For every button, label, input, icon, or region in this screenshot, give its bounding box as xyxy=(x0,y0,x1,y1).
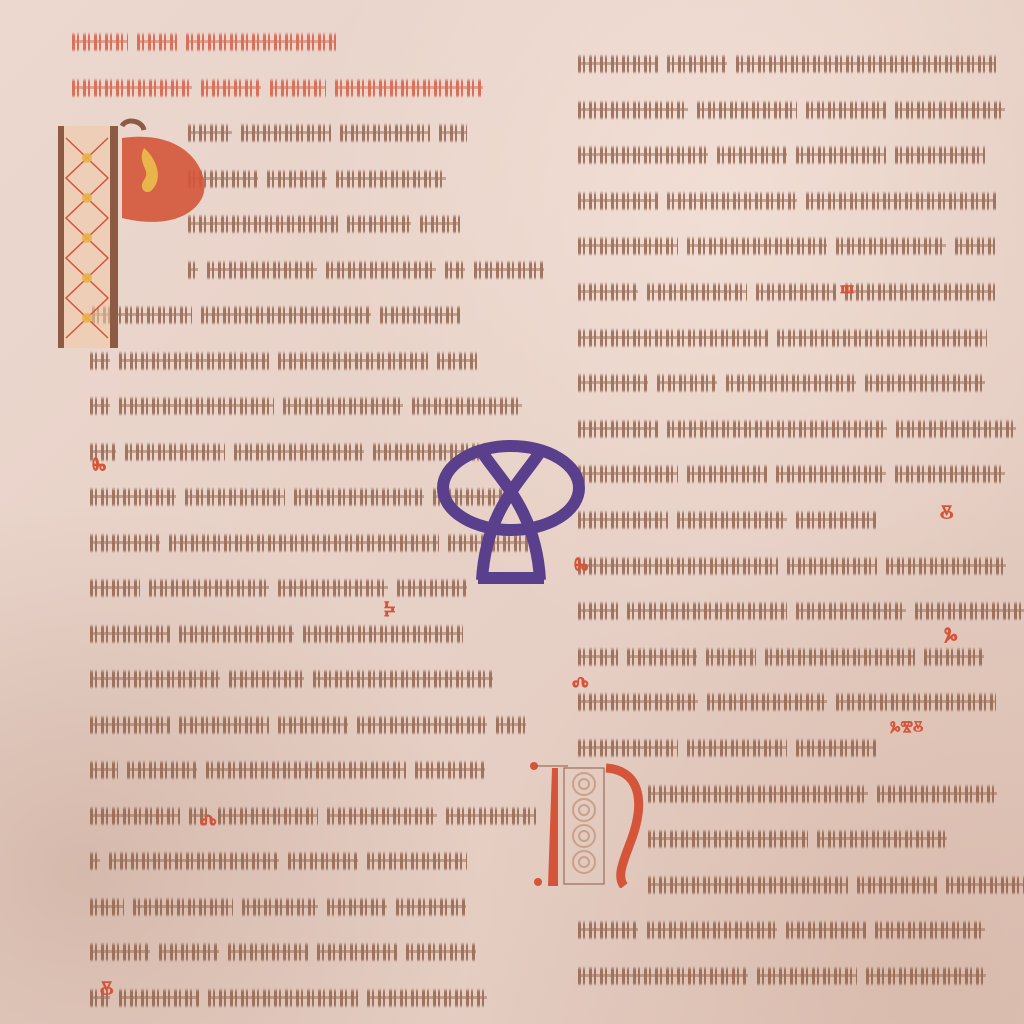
script-word xyxy=(234,442,364,462)
script-word xyxy=(578,328,768,348)
script-word xyxy=(72,32,128,52)
script-word xyxy=(496,715,526,735)
script-word xyxy=(137,32,177,52)
script-line xyxy=(578,554,1006,576)
script-line xyxy=(90,576,467,598)
script-word xyxy=(90,624,170,644)
script-word xyxy=(90,851,100,871)
script-word xyxy=(278,715,348,735)
script-line xyxy=(578,599,1024,621)
script-word xyxy=(415,760,485,780)
script-word xyxy=(886,556,1006,576)
script-line xyxy=(188,121,467,143)
script-word xyxy=(109,851,279,871)
script-word xyxy=(895,145,985,165)
script-word xyxy=(946,875,1024,895)
script-line xyxy=(648,827,947,849)
script-line xyxy=(578,508,876,530)
script-word xyxy=(367,851,467,871)
script-word xyxy=(474,260,544,280)
script-word xyxy=(119,988,199,1008)
script-word xyxy=(627,601,787,621)
script-word xyxy=(578,601,618,621)
script-word xyxy=(347,214,411,234)
script-word xyxy=(218,806,318,826)
script-word xyxy=(335,78,483,98)
script-word xyxy=(412,396,522,416)
script-word xyxy=(915,601,1024,621)
script-word xyxy=(578,647,618,667)
script-word xyxy=(895,100,1005,120)
script-word xyxy=(578,738,678,758)
script-word xyxy=(445,260,465,280)
script-word xyxy=(667,419,887,439)
script-word xyxy=(201,305,371,325)
script-word xyxy=(627,647,697,667)
script-word xyxy=(72,78,192,98)
script-word xyxy=(836,236,946,256)
script-line xyxy=(90,394,522,416)
script-word xyxy=(578,100,688,120)
script-word xyxy=(90,806,180,826)
script-word xyxy=(278,351,428,371)
script-word xyxy=(796,601,906,621)
script-word xyxy=(327,806,437,826)
script-word xyxy=(208,988,358,1008)
script-word xyxy=(777,328,987,348)
script-word xyxy=(327,897,387,917)
script-word xyxy=(90,715,170,735)
decorated-initial-n xyxy=(528,758,656,888)
script-line xyxy=(90,804,536,826)
script-word xyxy=(667,54,727,74)
script-word xyxy=(206,760,406,780)
script-word xyxy=(90,533,160,553)
script-word xyxy=(169,533,439,553)
script-line xyxy=(648,782,997,804)
script-word xyxy=(336,169,446,189)
script-word xyxy=(186,32,336,52)
script-word xyxy=(90,351,110,371)
script-line xyxy=(90,849,467,871)
glagolitic-logo-icon xyxy=(436,440,586,586)
script-word xyxy=(149,578,269,598)
script-word xyxy=(578,692,698,712)
rubric-mark: ⰽ xyxy=(384,596,395,627)
script-word xyxy=(340,123,430,143)
script-word xyxy=(90,942,150,962)
script-word xyxy=(127,760,197,780)
script-word xyxy=(578,236,678,256)
script-line xyxy=(90,349,477,371)
script-word xyxy=(396,897,466,917)
script-word xyxy=(119,351,269,371)
script-word xyxy=(90,897,124,917)
script-word xyxy=(578,464,678,484)
script-word xyxy=(787,556,877,576)
script-word xyxy=(776,464,886,484)
script-word xyxy=(657,373,717,393)
script-word xyxy=(406,942,476,962)
script-word xyxy=(241,123,331,143)
script-word xyxy=(578,920,638,940)
script-word xyxy=(687,738,787,758)
script-word xyxy=(133,897,233,917)
script-word xyxy=(283,396,403,416)
script-line xyxy=(578,189,996,211)
script-word xyxy=(90,487,176,507)
script-word xyxy=(288,851,358,871)
script-word xyxy=(439,123,467,143)
script-word xyxy=(806,191,996,211)
rubric-mark: ⰳ xyxy=(944,622,958,653)
script-word xyxy=(179,624,294,644)
script-line xyxy=(90,986,487,1008)
script-word xyxy=(201,78,261,98)
script-line xyxy=(578,918,985,940)
script-word xyxy=(648,784,868,804)
script-line xyxy=(578,371,985,393)
script-word xyxy=(677,510,787,530)
script-word xyxy=(866,966,986,986)
script-word xyxy=(207,260,317,280)
script-word xyxy=(119,396,274,416)
script-line xyxy=(90,940,476,962)
script-word xyxy=(229,669,304,689)
script-line xyxy=(578,964,986,986)
script-word xyxy=(796,738,876,758)
script-word xyxy=(578,373,648,393)
rubric-mark: ⰳⰺⰻ xyxy=(890,716,923,740)
script-word xyxy=(294,487,424,507)
script-line xyxy=(90,667,493,689)
script-line xyxy=(72,76,483,98)
script-word xyxy=(706,647,756,667)
script-word xyxy=(242,897,318,917)
script-word xyxy=(578,191,658,211)
script-word xyxy=(845,282,995,302)
manuscript-page: ⰸ ⰽ ⰴ ⰻ ⱎ ⰻ ⰸ ⰳ ⰴ ⰳⰺⰻ xyxy=(0,0,1024,1024)
script-word xyxy=(326,260,436,280)
illuminated-initial-p xyxy=(52,118,212,348)
script-word xyxy=(687,464,767,484)
script-word xyxy=(648,829,808,849)
script-word xyxy=(697,100,797,120)
script-line xyxy=(72,30,336,52)
script-word xyxy=(726,373,856,393)
script-word xyxy=(896,419,1016,439)
script-word xyxy=(313,669,493,689)
script-line xyxy=(90,713,526,735)
script-word xyxy=(420,214,460,234)
script-word xyxy=(687,236,827,256)
script-word xyxy=(90,669,220,689)
script-line xyxy=(90,758,485,780)
rubric-mark: ⱎ xyxy=(840,280,854,311)
script-line xyxy=(578,462,1005,484)
script-word xyxy=(446,806,536,826)
script-line xyxy=(188,212,460,234)
script-word xyxy=(836,692,996,712)
script-word xyxy=(185,487,285,507)
rubric-mark: ⰻ xyxy=(100,976,114,1007)
script-line xyxy=(578,417,1016,439)
script-line xyxy=(578,98,1005,120)
script-line xyxy=(578,645,984,667)
script-word xyxy=(717,145,787,165)
script-word xyxy=(367,988,487,1008)
script-word xyxy=(648,875,848,895)
script-word xyxy=(955,236,995,256)
script-word xyxy=(278,578,388,598)
script-word xyxy=(647,920,777,940)
script-word xyxy=(90,760,118,780)
script-line xyxy=(90,440,493,462)
script-word xyxy=(806,100,886,120)
script-word xyxy=(578,419,658,439)
script-word xyxy=(796,145,886,165)
script-line xyxy=(188,258,544,280)
script-word xyxy=(647,282,747,302)
script-line xyxy=(648,873,1024,895)
script-word xyxy=(707,692,827,712)
script-word xyxy=(877,784,997,804)
rubric-mark: ⰻ xyxy=(940,500,954,531)
script-word xyxy=(796,510,876,530)
script-word xyxy=(90,396,110,416)
rubric-mark: ⰴ xyxy=(200,810,217,841)
script-word xyxy=(267,169,327,189)
script-word xyxy=(756,282,836,302)
script-word xyxy=(303,624,463,644)
script-word xyxy=(317,942,397,962)
script-word xyxy=(159,942,219,962)
script-word xyxy=(578,556,778,576)
script-word xyxy=(786,920,866,940)
script-word xyxy=(578,54,658,74)
script-word xyxy=(270,78,326,98)
script-word xyxy=(895,464,1005,484)
script-line xyxy=(578,690,996,712)
script-word xyxy=(875,920,985,940)
script-line xyxy=(90,622,463,644)
script-word xyxy=(736,54,996,74)
script-word xyxy=(578,145,708,165)
script-line xyxy=(578,736,876,758)
script-line xyxy=(578,52,996,74)
script-line xyxy=(578,280,995,302)
script-word xyxy=(865,373,985,393)
script-line xyxy=(578,143,985,165)
script-word xyxy=(380,305,460,325)
script-line xyxy=(90,895,466,917)
script-word xyxy=(578,510,668,530)
script-word xyxy=(125,442,225,462)
script-line xyxy=(578,234,995,256)
script-word xyxy=(578,282,638,302)
rubric-mark: ⰴ xyxy=(572,672,589,703)
script-word xyxy=(765,647,915,667)
script-word xyxy=(90,578,140,598)
script-line xyxy=(188,167,446,189)
script-word xyxy=(578,966,748,986)
script-word xyxy=(228,942,308,962)
script-word xyxy=(757,966,857,986)
script-word xyxy=(437,351,477,371)
script-word xyxy=(817,829,947,849)
script-word xyxy=(857,875,937,895)
script-word xyxy=(179,715,269,735)
rubric-mark: ⰸ xyxy=(92,452,106,483)
script-line xyxy=(578,326,987,348)
script-word xyxy=(667,191,797,211)
script-word xyxy=(357,715,487,735)
